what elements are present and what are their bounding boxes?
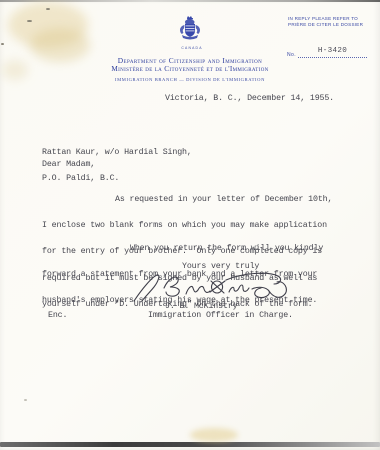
- recipient-line: Rattan Kaur, w/o Hardial Singh,: [42, 149, 192, 158]
- enclosure-note: Enc.: [48, 312, 67, 321]
- paper-speck: [46, 8, 50, 10]
- dateline: Victoria, B. C., December 14, 1955.: [165, 95, 334, 104]
- paper-stain: [190, 428, 238, 442]
- paper-speck: [24, 399, 27, 401]
- paper-speck: [1, 43, 4, 45]
- reply-note-line-fr: Prière de citer le dossier: [288, 22, 368, 28]
- salutation: Dear Madam,: [42, 161, 95, 170]
- signature-icon: [130, 271, 295, 305]
- crest-caption: CANADA: [172, 46, 212, 50]
- signer-title: Immigration Officer in Charge.: [148, 312, 293, 321]
- file-number-value: H-3420: [318, 47, 347, 55]
- body-line: As requested in your letter of December …: [42, 196, 332, 205]
- paper-speck: [27, 20, 32, 22]
- letter-page: CANADA In reply please refer to Prière d…: [0, 0, 380, 450]
- scan-edge-bottom: [0, 442, 380, 447]
- reply-reference-note: In reply please refer to Prière de citer…: [288, 16, 368, 28]
- branch-name: Immigration Branch — Division de l'Immig…: [60, 77, 320, 82]
- paper-stain: [2, 60, 28, 80]
- canada-coat-of-arms-icon: [179, 15, 201, 45]
- body-line: When you return the form will you kindly: [42, 245, 323, 254]
- department-name-fr: Ministère de la Citoyenneté et de l'Immi…: [40, 65, 340, 73]
